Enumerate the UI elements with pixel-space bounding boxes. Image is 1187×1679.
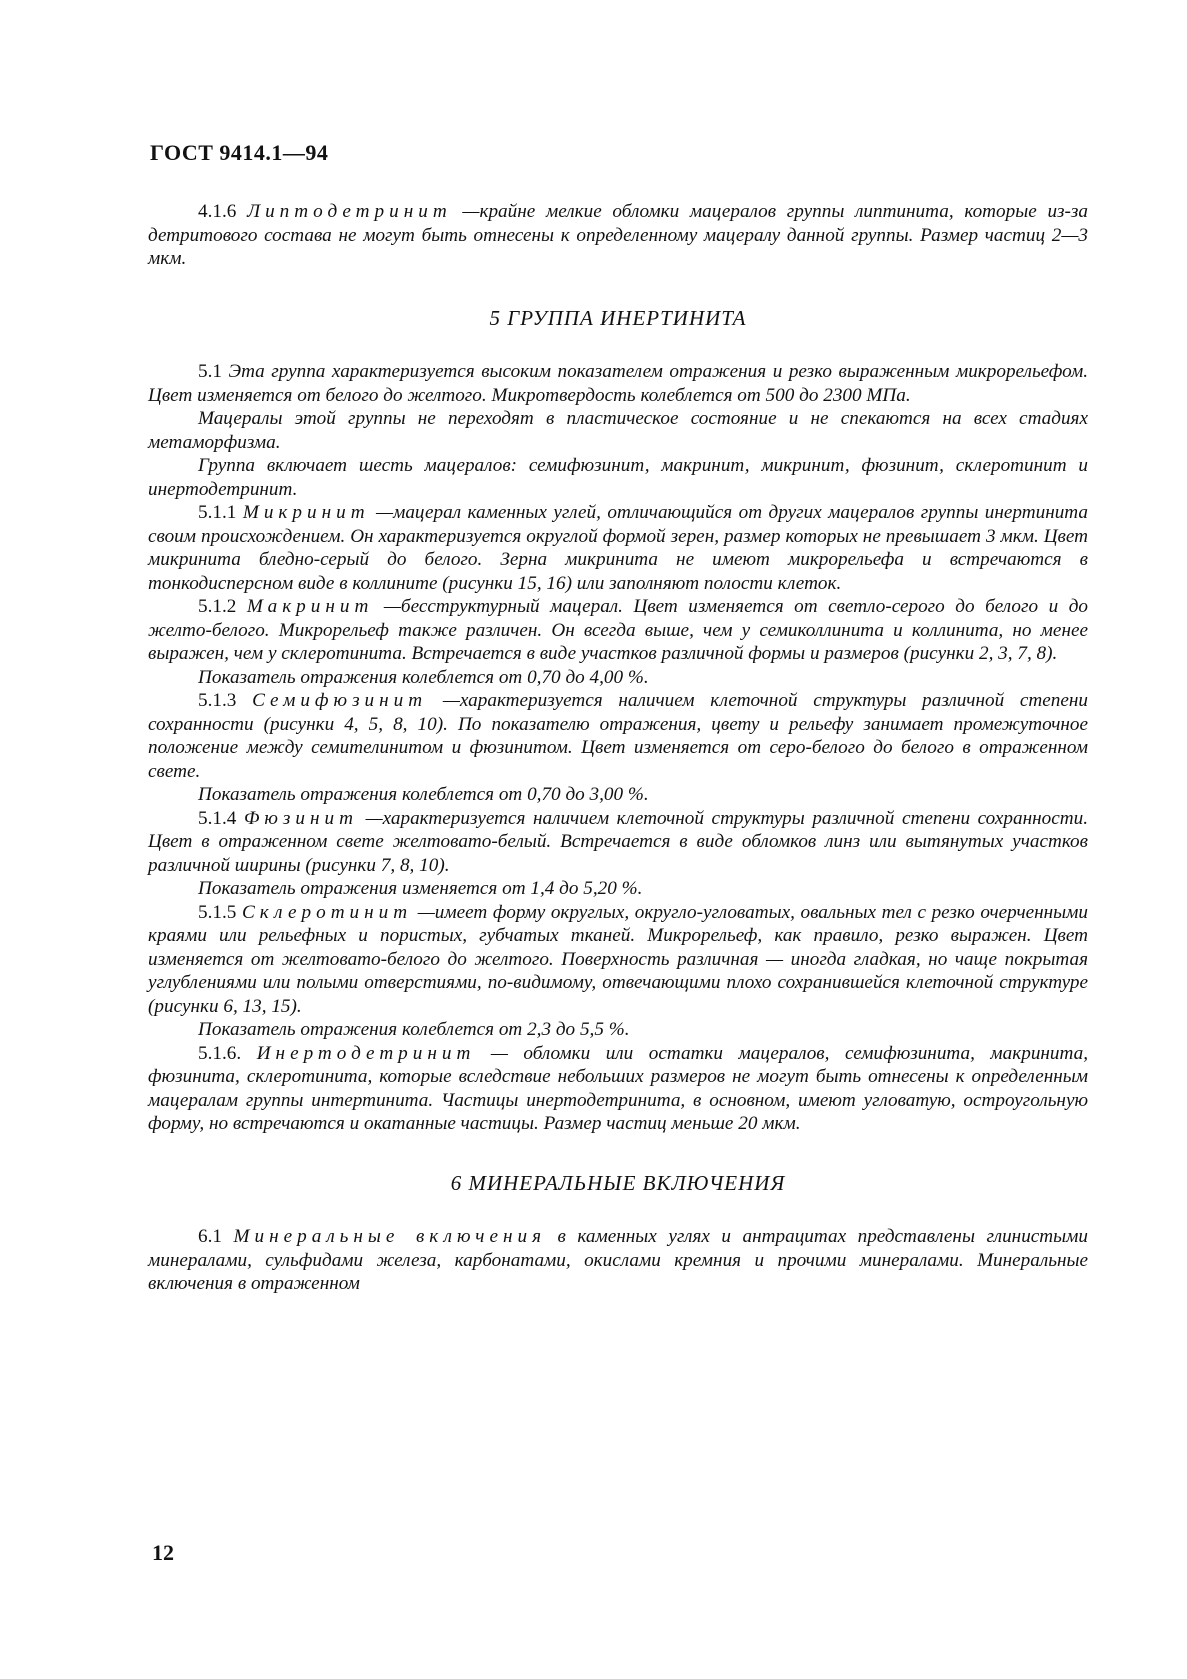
paragraph-5-1-3: 5.1.3 Семифюзинит —характеризуется налич… [148,689,1088,783]
clause-number: 5.1.6. [198,1043,241,1064]
document-header: ГОСТ 9414.1—94 [150,140,328,166]
clause-term: Семифюзинит [252,690,427,711]
paragraph-5-1-6: 5.1.6. Инертодетринит — обломки или оста… [148,1042,1088,1136]
paragraph-4-1-6: 4.1.6 Липтодетринит —крайне мелкие облом… [148,200,1088,271]
clause-number: 6.1 [198,1226,222,1247]
clause-number: 5.1.1 [198,502,236,523]
clause-term: Макринит [247,596,373,617]
paragraph-5-1-1: 5.1.1 Микринит —мацерал каменных углей, … [148,501,1088,595]
clause-text: Группа включает шесть мацералов: семифюз… [148,455,1088,500]
reflectance-5-1-4: Показатель отражения изменяется от 1,4 д… [148,877,1088,901]
paragraph-5-1-b: Мацералы этой группы не переходят в плас… [148,407,1088,454]
clause-term: Микринит [243,502,370,523]
clause-term: Липтодетринит [247,201,452,222]
clause-term: Фюзинит [244,808,358,829]
clause-text: Мацералы этой группы не переходят в плас… [148,408,1088,453]
paragraph-5-1-4: 5.1.4 Фюзинит —характеризуется наличием … [148,807,1088,878]
clause-term: Минеральные включения [234,1226,547,1247]
clause-number: 5.1.3 [198,690,236,711]
reflectance-5-1-2: Показатель отражения колеблется от 0,70 … [148,666,1088,690]
paragraph-5-1: 5.1 Эта группа характеризуется высоким п… [148,360,1088,407]
clause-number: 5.1.5 [198,902,236,923]
reflectance-5-1-3: Показатель отражения колеблется от 0,70 … [148,783,1088,807]
clause-term: Инертодетринит [257,1043,476,1064]
section-title-6: 6 МИНЕРАЛЬНЫЕ ВКЛЮЧЕНИЯ [148,1172,1088,1196]
reflectance-5-1-5: Показатель отражения колеблется от 2,3 д… [148,1018,1088,1042]
paragraph-5-1-2: 5.1.2 Макринит —бесструктурный мацерал. … [148,595,1088,666]
paragraph-5-1-c: Группа включает шесть мацералов: семифюз… [148,454,1088,501]
paragraph-5-1-5: 5.1.5 Склеротинит —имеет форму округлых,… [148,901,1088,1019]
clause-number: 5.1.2 [198,596,236,617]
section-title-5: 5 ГРУППА ИНЕРТИНИТА [148,307,1088,331]
clause-number: 5.1.4 [198,808,236,829]
page-number: 12 [152,1540,174,1566]
clause-number: 5.1 [198,361,222,382]
document-body: 4.1.6 Липтодетринит —крайне мелкие облом… [148,200,1088,1296]
clause-term: Склеротинит [242,902,412,923]
clause-text: Эта группа характеризуется высоким показ… [148,361,1088,406]
clause-number: 4.1.6 [198,201,236,222]
paragraph-6-1: 6.1 Минеральные включения в каменных угл… [148,1225,1088,1296]
